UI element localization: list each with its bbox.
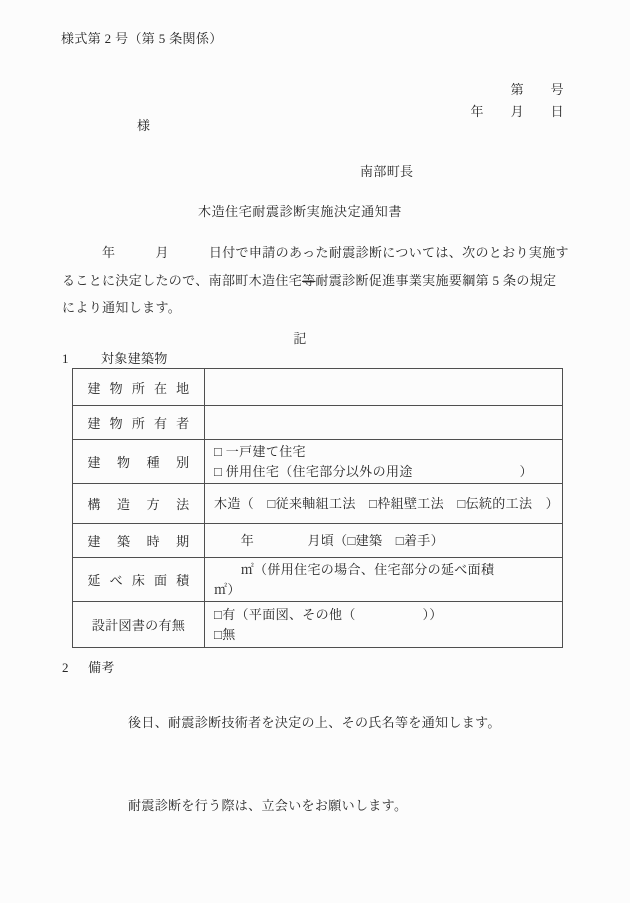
form-number: 様式第 2 号（第 5 条関係）	[61, 31, 223, 46]
row-label: 設計図書の有無	[92, 615, 185, 634]
row-label: 建築時期	[88, 531, 190, 550]
row-label: 建物種別	[88, 452, 190, 471]
table-row-building-type: 建物種別 □ 一戸建て住宅 □ 併用住宅（住宅部分以外の用途 ）	[73, 440, 563, 484]
section-2-label: 備考	[88, 654, 128, 682]
row-label-cell: 設計図書の有無	[73, 602, 205, 648]
notes-text: 後日、耐震診断技術者を決定の上、その氏名等を通知します。 耐震診断を行う際は、立…	[128, 654, 501, 874]
row-label: 建物所有者	[88, 413, 190, 432]
section-2-number: 2	[62, 654, 88, 682]
table-row-design-documents: 設計図書の有無 □有（平面図、その他（ ）） □無	[73, 602, 563, 648]
document-number-line: 第 号	[511, 82, 564, 97]
body-paragraph: 年 月 日付で申請のあった耐震診断については、次のとおり実施す ることに決定した…	[62, 239, 576, 322]
note-line-1: 後日、耐震診断技術者を決定の上、その氏名等を通知します。	[128, 709, 501, 737]
document-page: 様式第 2 号（第 5 条関係） 第 号 年 月 日 様 南部町長 木造住宅耐震…	[0, 0, 630, 903]
row-label-cell: 建物所有者	[73, 406, 205, 440]
row-content-cell: □ 一戸建て住宅 □ 併用住宅（住宅部分以外の用途 ）	[205, 440, 563, 484]
row-content-cell	[205, 406, 563, 440]
document-title: 木造住宅耐震診断実施決定通知書	[0, 204, 600, 219]
table-row-construction-period: 建築時期 年 月頃（□建築 □着手）	[73, 524, 563, 558]
section-1-number: 1	[62, 351, 101, 366]
row-label: 建物所在地	[88, 378, 190, 397]
table-row-total-floor-area: 延べ床面積 ㎡（併用住宅の場合、住宅部分の延べ面積 ㎡）	[73, 558, 563, 602]
section-1-heading: 1対象建築物	[62, 351, 168, 366]
row-content-cell: 年 月頃（□建築 □着手）	[205, 524, 563, 558]
addressee-suffix: 様	[137, 118, 150, 133]
row-content-cell: □有（平面図、その他（ ）） □無	[205, 602, 563, 648]
row-content-cell	[205, 369, 563, 406]
table-row-building-owner: 建物所有者	[73, 406, 563, 440]
table-row-building-location: 建物所在地	[73, 369, 563, 406]
sender-name: 南部町長	[360, 164, 413, 179]
note-line-2: 耐震診断を行う際は、立会いをお願いします。	[128, 792, 501, 820]
date-line: 年 月 日	[471, 104, 564, 119]
section-2-notes: 2 備考 後日、耐震診断技術者を決定の上、その氏名等を通知します。 耐震診断を行…	[62, 654, 501, 874]
row-content-cell: ㎡（併用住宅の場合、住宅部分の延べ面積 ㎡）	[205, 558, 563, 602]
row-label-cell: 建物所在地	[73, 369, 205, 406]
row-label-cell: 構造方法	[73, 484, 205, 524]
row-label-cell: 建築時期	[73, 524, 205, 558]
row-label: 延べ床面積	[88, 570, 190, 589]
target-building-table: 建物所在地 建物所有者 建物種別 □ 一戸建て住宅 □ 併用住宅（住宅部分以外の…	[72, 368, 563, 648]
strikethrough-text: 等	[302, 273, 315, 288]
row-content-cell: 木造（ □従来軸組工法 □枠組壁工法 □伝統的工法 ）	[205, 484, 563, 524]
table-row-structure-method: 構造方法 木造（ □従来軸組工法 □枠組壁工法 □伝統的工法 ）	[73, 484, 563, 524]
row-label-cell: 建物種別	[73, 440, 205, 484]
row-label-cell: 延べ床面積	[73, 558, 205, 602]
ki-marker: 記	[0, 331, 600, 346]
section-1-title: 対象建築物	[101, 351, 168, 366]
row-label: 構造方法	[88, 494, 190, 513]
